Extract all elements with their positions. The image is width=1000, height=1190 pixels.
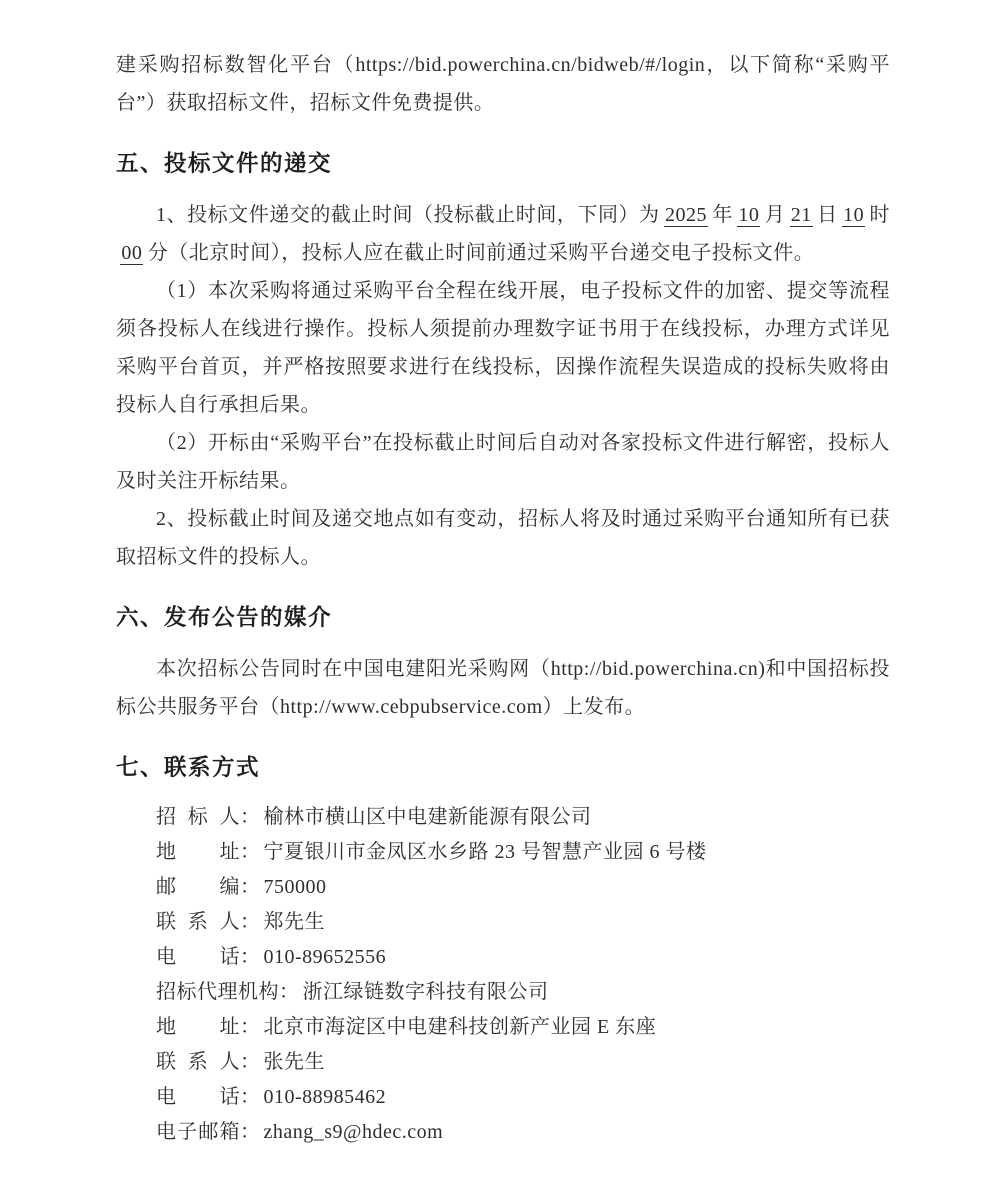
contact-row-person-2: 联系人：张先生 [116,1045,890,1080]
contact-colon: ： [240,1080,261,1115]
deadline-month-unit: 月 [765,204,786,226]
contact-list: 招标人：榆林市横山区中电建新能源有限公司 地址：宁夏银川市金凤区水乡路 23 号… [116,800,890,1150]
contact-value: 榆林市横山区中电建新能源有限公司 [264,806,592,828]
contact-row-phone-2: 电话：010-88985462 [116,1080,890,1115]
contact-colon: ： [240,940,261,975]
deadline-month: 10 [737,204,760,227]
deadline-minute: 00 [120,242,143,265]
contact-colon: ： [240,1010,261,1045]
deadline-prefix: 1、投标文件递交的截止时间（投标截止时间，下同）为 [156,204,660,226]
section-heading-5: 五、投标文件的递交 [116,149,890,179]
contact-label: 招标人 [156,800,240,835]
contact-label: 联系人 [156,1045,240,1080]
contact-label: 电子邮箱 [156,1115,240,1150]
deadline-year: 2025 [664,204,708,227]
contact-label: 联系人 [156,905,240,940]
contact-value: 北京市海淀区中电建科技创新产业园 E 东座 [264,1016,657,1038]
deadline-year-unit: 年 [712,204,733,226]
contact-colon: ： [240,1115,261,1150]
contact-row-address-2: 地址：北京市海淀区中电建科技创新产业园 E 东座 [116,1010,890,1045]
contact-label: 邮编 [156,870,240,905]
contact-value: 浙江绿链数字科技有限公司 [303,981,549,1003]
contact-label: 电话 [156,1080,240,1115]
contact-row-email: 电子邮箱：zhang_s9@hdec.com [116,1115,890,1150]
contact-row-address-1: 地址：宁夏银川市金凤区水乡路 23 号智慧产业园 6 号楼 [116,835,890,870]
contact-value: 010-88985462 [264,1086,387,1108]
deadline-day: 21 [790,204,813,227]
contact-label: 地址 [156,1010,240,1045]
paragraph-announcement-media: 本次招标公告同时在中国电建阳光采购网（http://bid.powerchina… [116,650,890,726]
contact-colon: ： [240,1045,261,1080]
contact-colon: ： [240,870,261,905]
deadline-hour-unit: 时 [869,204,890,226]
contact-colon: ： [240,905,261,940]
paragraph-platform-continuation: 建采购招标数智化平台（https://bid.powerchina.cn/bid… [116,46,890,122]
document-page: 建采购招标数智化平台（https://bid.powerchina.cn/bid… [0,0,1000,1190]
paragraph-deadline: 1、投标文件递交的截止时间（投标截止时间，下同）为2025年10月21日10时0… [116,196,890,272]
deadline-suffix: 分（北京时间），投标人应在截止时间前通过采购平台递交电子投标文件。 [148,242,815,264]
contact-value: 郑先生 [264,911,326,933]
contact-label: 地址 [156,835,240,870]
contact-colon: ： [240,800,261,835]
contact-colon: ： [279,975,300,1010]
contact-colon: ： [240,835,261,870]
contact-row-agency: 招标代理机构：浙江绿链数字科技有限公司 [116,975,890,1010]
contact-value: 张先生 [264,1051,326,1073]
contact-row-phone-1: 电话：010-89652556 [116,940,890,975]
contact-row-person-1: 联系人：郑先生 [116,905,890,940]
paragraph-bid-opening: （2）开标由“采购平台”在投标截止时间后自动对各家投标文件进行解密，投标人及时关… [116,424,890,500]
contact-value: 750000 [264,876,327,898]
contact-row-postcode: 邮编：750000 [116,870,890,905]
contact-value: zhang_s9@hdec.com [264,1121,444,1143]
section-heading-7: 七、联系方式 [116,753,890,783]
contact-row-tenderer: 招标人：榆林市横山区中电建新能源有限公司 [116,800,890,835]
paragraph-online-process: （1）本次采购将通过采购平台全程在线开展，电子投标文件的加密、提交等流程须各投标… [116,272,890,424]
contact-label: 招标代理机构 [156,975,279,1010]
contact-value: 宁夏银川市金凤区水乡路 23 号智慧产业园 6 号楼 [264,841,707,863]
deadline-hour: 10 [842,204,865,227]
deadline-day-unit: 日 [817,204,838,226]
paragraph-deadline-change-notice: 2、投标截止时间及递交地点如有变动，招标人将及时通过采购平台通知所有已获取招标文… [116,500,890,576]
contact-label: 电话 [156,940,240,975]
contact-value: 010-89652556 [264,946,387,968]
section-heading-6: 六、发布公告的媒介 [116,603,890,633]
